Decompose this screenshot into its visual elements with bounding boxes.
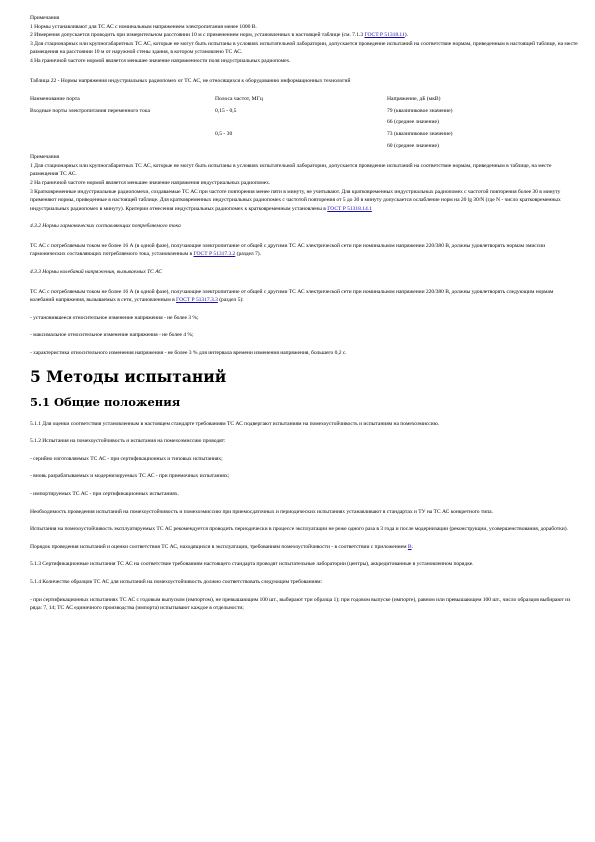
- note-text: 2 Измерения допускается проводить при из…: [30, 32, 364, 38]
- cell-value: 79 (квазипиковое значение): [387, 107, 578, 119]
- table-caption: Таблица 22 - Нормы напряжения индустриал…: [30, 77, 578, 86]
- cell-port: Входные порты электропитания переменного…: [30, 107, 215, 130]
- section-5-1-title: 5.1 Общие положения: [30, 395, 578, 410]
- note-4: 4 На граничной частоте нормой является м…: [30, 57, 578, 66]
- paragraph-exploit: Испытания на помехоустойчивость эксплуат…: [30, 525, 578, 534]
- cell-band: [215, 118, 387, 130]
- cell-value: 66 (среднее значение): [387, 118, 578, 130]
- paragraph-5-1-3: 5.1.3 Сертификационные испытания ТС АС н…: [30, 560, 578, 569]
- bullet-item: - при сертификационных испытаниях ТС АС …: [30, 596, 578, 613]
- cell-port: [30, 130, 215, 142]
- cell-value: 60 (среднее значение): [387, 142, 578, 154]
- header-port: Наименование порта: [30, 95, 215, 107]
- paragraph-text: (раздел 5):: [218, 297, 244, 303]
- bullet-item: - серийно изготовляемых ТС АС - при серт…: [30, 455, 578, 464]
- paragraph-text: Порядок проведения испытаний и оценки со…: [30, 544, 408, 550]
- cell-band: 0,15 - 0,5: [215, 107, 387, 119]
- table-header-row: Наименование порта Полоса частот, МГц На…: [30, 95, 578, 107]
- note-1: 1 Для стационарных или крупногабаритных …: [30, 162, 578, 179]
- paragraph-text: ТС АС с потребляемым током не более 16 А…: [30, 243, 545, 258]
- note-text: ).: [405, 32, 408, 38]
- note-text: 3 Кратковременные индустриальные радиопо…: [30, 189, 561, 212]
- notes-top: Примечания 1 Нормы устанавливают для ТС …: [30, 14, 578, 66]
- cell-band: [215, 142, 387, 154]
- bullet-item: - характеристика относительного изменени…: [30, 349, 578, 358]
- bullet-item: - установившееся относительное изменение…: [30, 314, 578, 323]
- header-voltage: Напряжение, дБ (мкВ): [387, 95, 578, 107]
- notes-title: Примечания: [30, 14, 578, 23]
- cell-band: 0,5 - 30: [215, 130, 387, 142]
- header-band: Полоса частот, МГц: [215, 95, 387, 107]
- document-page: Примечания 1 Нормы устанавливают для ТС …: [30, 14, 578, 622]
- link-gost-51317-3-3[interactable]: ГОСТ Р 51317.3.3: [176, 297, 218, 303]
- cell-value: 73 (квазипиковое значение): [387, 130, 578, 142]
- paragraph-4-3-3: ТС АС с потребляемым током не более 16 А…: [30, 288, 578, 305]
- section-5-title: 5 Методы испытаний: [30, 367, 578, 387]
- notes-title: Примечания: [30, 153, 578, 162]
- paragraph-need: Необходимость проведения испытаний на по…: [30, 508, 578, 517]
- table-row: Входные порты электропитания переменного…: [30, 107, 578, 119]
- paragraph-5-1-2: 5.1.2 Испытания на помехоустойчивость и …: [30, 437, 578, 446]
- link-gost-51318-11[interactable]: ГОСТ Р 51318.11: [364, 32, 404, 38]
- bullet-item: - импортируемых ТС АС - при сертификацио…: [30, 490, 578, 499]
- bullet-item: - вновь разрабатываемых и модернизируемы…: [30, 472, 578, 481]
- paragraph-5-1-1: 5.1.1 Для оценки соответствия установлен…: [30, 420, 578, 429]
- table-22: Наименование порта Полоса частот, МГц На…: [30, 95, 578, 153]
- paragraph-order: Порядок проведения испытаний и оценки со…: [30, 543, 578, 552]
- bullet-item: - максимальное относительное изменение н…: [30, 331, 578, 340]
- paragraph-5-1-4: 5.1.4 Количество образцов ТС АС для испы…: [30, 578, 578, 587]
- table-row: 60 (среднее значение): [30, 142, 578, 154]
- note-3: 3 Для стационарных или крупногабаритных …: [30, 40, 578, 57]
- note-1: 1 Нормы устанавливают для ТС АС с номина…: [30, 23, 578, 32]
- note-2: 2 Измерения допускается проводить при из…: [30, 31, 578, 40]
- table-row: 0,5 - 30 73 (квазипиковое значение): [30, 130, 578, 142]
- link-gost-51317-3-2[interactable]: ГОСТ Р 51317.3.2: [193, 251, 235, 257]
- paragraph-text: .: [412, 544, 413, 550]
- note-3: 3 Кратковременные индустриальные радиопо…: [30, 188, 578, 214]
- heading-4-3-2: 4.3.2 Нормы гармонических составляющих п…: [30, 222, 578, 231]
- paragraph-text: ТС АС с потребляемым током не более 16 А…: [30, 289, 553, 304]
- paragraph-text: (раздел 7).: [235, 251, 261, 257]
- cell-port: [30, 142, 215, 154]
- heading-4-3-3: 4.3.3 Нормы колебаний напряжения, вызыва…: [30, 268, 578, 277]
- link-gost-51318-14-1[interactable]: ГОСТ Р 51318.14.1: [327, 206, 372, 212]
- paragraph-4-3-2: ТС АС с потребляемым током не более 16 А…: [30, 242, 578, 259]
- notes-table: Примечания 1 Для стационарных или крупно…: [30, 153, 578, 213]
- note-2: 2 На граничной частоте нормой является м…: [30, 179, 578, 188]
